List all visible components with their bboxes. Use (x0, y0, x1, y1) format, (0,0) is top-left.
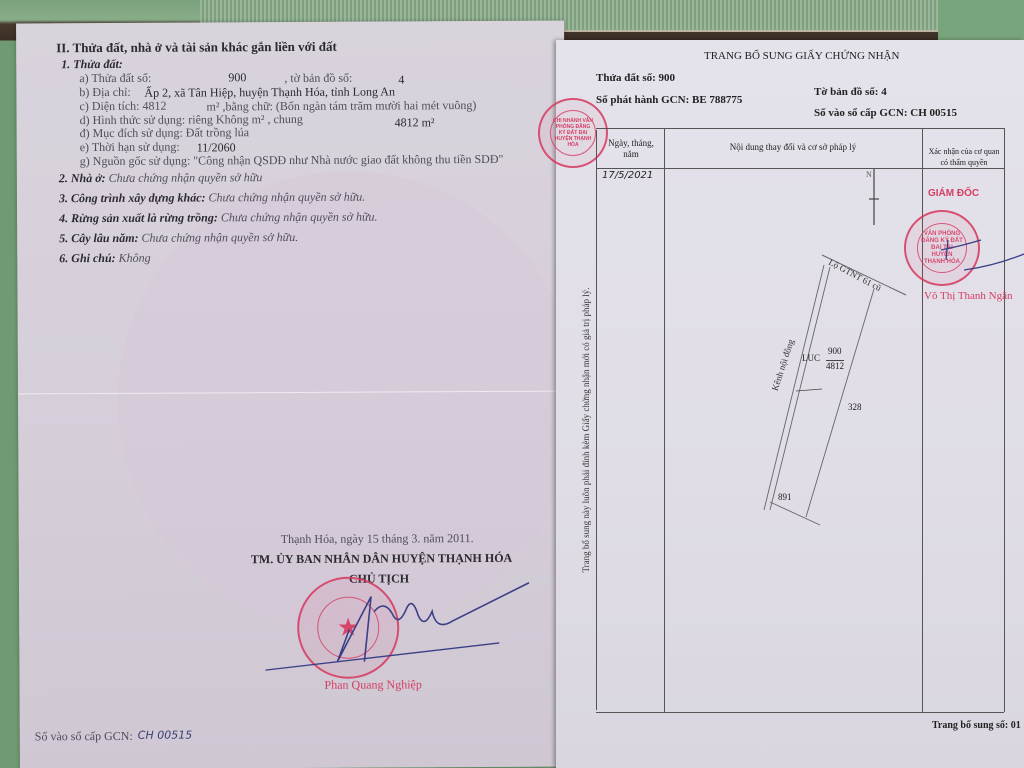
supplement-title: TRANG BỔ SUNG GIẤY CHỨNG NHẬN (704, 50, 899, 62)
land-type-code: LUC (802, 353, 820, 363)
registry-label: Số vào sổ cấp GCN: (35, 729, 133, 744)
table-top-border (596, 128, 1004, 129)
registry-number: Số vào sổ cấp GCN: CH 00515 (814, 107, 957, 119)
header-date: Ngày, tháng, năm (600, 138, 662, 160)
header-confirmation: Xác nhận của cơ quan có thẩm quyền (924, 146, 1004, 168)
header-content: Nội dung thay đổi và cơ sở pháp lý (666, 142, 920, 152)
certificate-supplement-page: TRANG BỔ SUNG GIẤY CHỨNG NHẬN Thửa đất s… (556, 40, 1024, 768)
registry-handwritten-value: CH 00515 (138, 729, 193, 743)
certificate-left-page: II. Thửa đất, nhà ở và tài sản khác gắn … (16, 21, 568, 768)
signer-name: Phan Quang Nghiệp (324, 677, 421, 692)
neighbor-parcel-south: 891 (778, 492, 792, 502)
corner-seal: CHI NHÁNH VĂN PHÒNG ĐĂNG KÝ ĐẤT ĐAI HUYỆ… (538, 98, 608, 168)
issue-number: Số phát hành GCN: BE 788775 (596, 94, 742, 106)
table-col-divider-1 (664, 128, 665, 712)
parcel-number: Thửa đất số: 900 (596, 72, 675, 84)
side-note: Trang bổ sung này luôn phải đính kèm Giấ… (581, 220, 591, 640)
north-label: N (866, 170, 872, 179)
table-right-border (1004, 128, 1005, 712)
neighbor-parcel-east: 328 (848, 402, 862, 412)
table-bottom-border (596, 712, 1004, 713)
side-rule (596, 130, 597, 710)
director-name: Võ Thị Thanh Ngân (924, 290, 1013, 302)
director-title: GIÁM ĐỐC (928, 188, 979, 199)
sketch-area: 4812 (826, 360, 844, 371)
map-sheet: Tờ bản đồ số: 4 (814, 86, 887, 98)
change-date: 17/5/2021 (602, 170, 653, 181)
sketch-parcel-number: 900 (828, 346, 842, 356)
supplement-page-number: Trang bổ sung số: 01 (932, 720, 1021, 731)
signature-scribble (16, 21, 568, 768)
parcel-sketch-map (666, 165, 926, 505)
